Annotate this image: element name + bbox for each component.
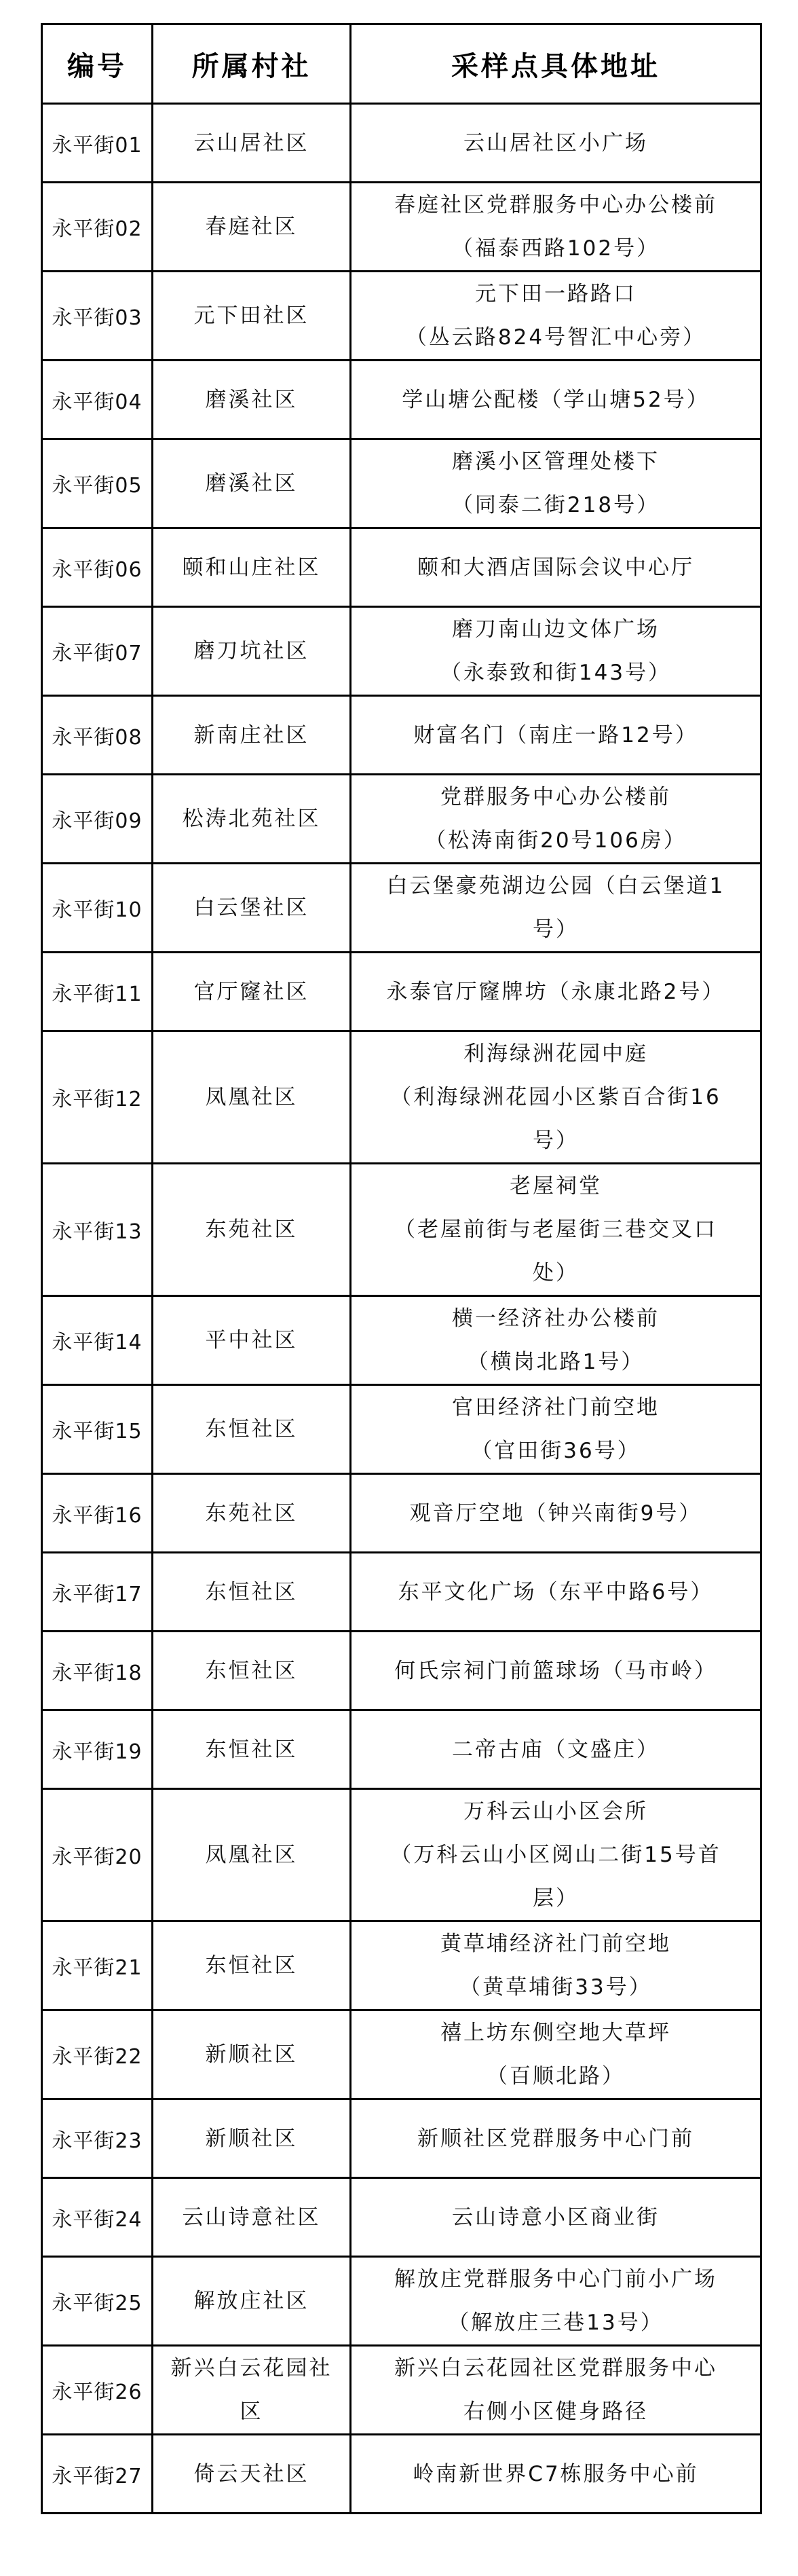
- table-body: 永平街01云山居社区云山居社区小广场永平街02春庭社区春庭社区党群服务中心办公楼…: [42, 104, 761, 2514]
- cell-community: 东恒社区: [153, 1553, 351, 1632]
- cell-code: 永平街08: [42, 696, 153, 775]
- cell-community: 新南庄社区: [153, 696, 351, 775]
- community-line: 东苑社区: [153, 1492, 349, 1535]
- cell-code: 永平街02: [42, 183, 153, 272]
- community-line: 官厅窿社区: [153, 970, 349, 1014]
- address-line: 东平文化广场（东平中路6号）: [351, 1570, 760, 1614]
- cell-code: 永平街20: [42, 1789, 153, 1921]
- cell-address: 永泰官厅窿牌坊（永康北路2号）: [351, 953, 761, 1031]
- address-line: （永泰致和街143号）: [351, 651, 760, 695]
- table-row: 永平街12凤凰社区利海绿洲花园中庭（利海绿洲花园小区紫百合街16号）: [42, 1031, 761, 1164]
- community-line: 云山居社区: [153, 122, 349, 165]
- table-row: 永平街11官厅窿社区永泰官厅窿牌坊（永康北路2号）: [42, 953, 761, 1031]
- address-line: （老屋前街与老屋街三巷交叉口: [351, 1208, 760, 1251]
- community-line: 东恒社区: [153, 1570, 349, 1614]
- community-line: 磨刀坑社区: [153, 629, 349, 673]
- cell-community: 新顺社区: [153, 2010, 351, 2099]
- address-line: 利海绿洲花园中庭: [351, 1032, 760, 1075]
- cell-community: 平中社区: [153, 1296, 351, 1385]
- address-line: （利海绿洲花园小区紫百合街16: [351, 1075, 760, 1119]
- table-row: 永平街08新南庄社区财富名门（南庄一路12号）: [42, 696, 761, 775]
- cell-community: 东苑社区: [153, 1164, 351, 1296]
- address-line: （万科云山小区阅山二街15号首: [351, 1833, 760, 1877]
- cell-community: 东苑社区: [153, 1474, 351, 1553]
- cell-community: 东恒社区: [153, 1921, 351, 2010]
- community-line: 倚云天社区: [153, 2452, 349, 2496]
- table-row: 永平街27倚云天社区岭南新世界C7栋服务中心前: [42, 2435, 761, 2514]
- community-line: 颐和山庄社区: [153, 546, 349, 589]
- cell-community: 磨溪社区: [153, 361, 351, 439]
- address-line: 号）: [351, 908, 760, 951]
- cell-code: 永平街21: [42, 1921, 153, 2010]
- community-line: 凤凰社区: [153, 1075, 349, 1119]
- cell-address: 禧上坊东侧空地大草坪（百顺北路）: [351, 2010, 761, 2099]
- cell-code: 永平街13: [42, 1164, 153, 1296]
- table-row: 永平街15东恒社区官田经济社门前空地（官田街36号）: [42, 1385, 761, 1474]
- cell-address: 横一经济社办公楼前（横岗北路1号）: [351, 1296, 761, 1385]
- cell-community: 东恒社区: [153, 1710, 351, 1789]
- cell-code: 永平街01: [42, 104, 153, 183]
- cell-community: 磨溪社区: [153, 439, 351, 528]
- community-line: 磨溪社区: [153, 462, 349, 505]
- address-line: 元下田一路路口: [351, 272, 760, 316]
- address-line: （同泰二街218号）: [351, 483, 760, 527]
- table-row: 永平街17东恒社区东平文化广场（东平中路6号）: [42, 1553, 761, 1632]
- cell-address: 观音厅空地（钟兴南街9号）: [351, 1474, 761, 1553]
- address-line: 横一经济社办公楼前: [351, 1297, 760, 1340]
- cell-community: 云山诗意社区: [153, 2178, 351, 2257]
- address-line: 党群服务中心办公楼前: [351, 775, 760, 819]
- cell-code: 永平街25: [42, 2257, 153, 2346]
- cell-community: 凤凰社区: [153, 1031, 351, 1164]
- cell-code: 永平街22: [42, 2010, 153, 2099]
- cell-address: 磨溪小区管理处楼下（同泰二街218号）: [351, 439, 761, 528]
- table-row: 永平街20凤凰社区万科云山小区会所（万科云山小区阅山二街15号首层）: [42, 1789, 761, 1921]
- cell-address: 何氏宗祠门前篮球场（马市岭）: [351, 1632, 761, 1710]
- cell-code: 永平街14: [42, 1296, 153, 1385]
- cell-code: 永平街06: [42, 528, 153, 607]
- cell-address: 官田经济社门前空地（官田街36号）: [351, 1385, 761, 1474]
- sampling-sites-table: 编号 所属村社 采样点具体地址 永平街01云山居社区云山居社区小广场永平街02春…: [41, 23, 762, 2514]
- address-line: 新兴白云花园社区党群服务中心: [351, 2347, 760, 2390]
- address-line: 学山塘公配楼（学山塘52号）: [351, 378, 760, 422]
- community-line: 东恒社区: [153, 1728, 349, 1771]
- cell-code: 永平街27: [42, 2435, 153, 2514]
- cell-community: 凤凰社区: [153, 1789, 351, 1921]
- address-line: 岭南新世界C7栋服务中心前: [351, 2452, 760, 2496]
- cell-address: 党群服务中心办公楼前（松涛南街20号106房）: [351, 775, 761, 864]
- cell-code: 永平街07: [42, 607, 153, 696]
- community-line: 平中社区: [153, 1319, 349, 1362]
- address-line: （横岗北路1号）: [351, 1340, 760, 1384]
- address-line: 财富名门（南庄一路12号）: [351, 714, 760, 757]
- community-line: 凤凰社区: [153, 1833, 349, 1877]
- community-line: 区: [153, 2390, 349, 2433]
- cell-code: 永平街19: [42, 1710, 153, 1789]
- community-line: 松涛北苑社区: [153, 797, 349, 841]
- community-line: 东恒社区: [153, 1649, 349, 1693]
- address-line: 白云堡豪苑湖边公园（白云堡道1: [351, 864, 760, 908]
- table-row: 永平街23新顺社区新顺社区党群服务中心门前: [42, 2099, 761, 2178]
- table-header-row: 编号 所属村社 采样点具体地址: [42, 24, 761, 104]
- cell-address: 东平文化广场（东平中路6号）: [351, 1553, 761, 1632]
- community-line: 春庭社区: [153, 205, 349, 249]
- community-line: 东恒社区: [153, 1944, 349, 1987]
- community-line: 解放庄社区: [153, 2279, 349, 2323]
- address-line: （官田街36号）: [351, 1429, 760, 1473]
- table-row: 永平街18东恒社区何氏宗祠门前篮球场（马市岭）: [42, 1632, 761, 1710]
- table-row: 永平街25解放庄社区解放庄党群服务中心门前小广场（解放庄三巷13号）: [42, 2257, 761, 2346]
- cell-address: 解放庄党群服务中心门前小广场（解放庄三巷13号）: [351, 2257, 761, 2346]
- cell-community: 云山居社区: [153, 104, 351, 183]
- cell-community: 新兴白云花园社区: [153, 2346, 351, 2435]
- cell-code: 永平街15: [42, 1385, 153, 1474]
- cell-community: 磨刀坑社区: [153, 607, 351, 696]
- table-row: 永平街07磨刀坑社区磨刀南山边文体广场（永泰致和街143号）: [42, 607, 761, 696]
- cell-address: 学山塘公配楼（学山塘52号）: [351, 361, 761, 439]
- address-line: （福泰西路102号）: [351, 227, 760, 270]
- header-address: 采样点具体地址: [351, 24, 761, 104]
- table-row: 永平街06颐和山庄社区颐和大酒店国际会议中心厅: [42, 528, 761, 607]
- address-line: 老屋祠堂: [351, 1164, 760, 1208]
- table-row: 永平街16东苑社区观音厅空地（钟兴南街9号）: [42, 1474, 761, 1553]
- cell-address: 元下田一路路口（丛云路824号智汇中心旁）: [351, 272, 761, 361]
- community-line: 元下田社区: [153, 294, 349, 337]
- cell-code: 永平街09: [42, 775, 153, 864]
- address-line: 观音厅空地（钟兴南街9号）: [351, 1492, 760, 1535]
- cell-code: 永平街10: [42, 864, 153, 953]
- table-row: 永平街13东苑社区老屋祠堂（老屋前街与老屋街三巷交叉口处）: [42, 1164, 761, 1296]
- address-line: 春庭社区党群服务中心办公楼前: [351, 183, 760, 227]
- cell-community: 松涛北苑社区: [153, 775, 351, 864]
- address-line: 号）: [351, 1119, 760, 1162]
- cell-code: 永平街18: [42, 1632, 153, 1710]
- cell-address: 春庭社区党群服务中心办公楼前（福泰西路102号）: [351, 183, 761, 272]
- address-line: （黄草埔街33号）: [351, 1966, 760, 2009]
- address-line: 处）: [351, 1251, 760, 1295]
- address-line: 磨溪小区管理处楼下: [351, 440, 760, 483]
- community-line: 新顺社区: [153, 2117, 349, 2160]
- address-line: 何氏宗祠门前篮球场（马市岭）: [351, 1649, 760, 1693]
- cell-code: 永平街23: [42, 2099, 153, 2178]
- cell-code: 永平街12: [42, 1031, 153, 1164]
- table-row: 永平街01云山居社区云山居社区小广场: [42, 104, 761, 183]
- address-line: 层）: [351, 1877, 760, 1920]
- cell-address: 颐和大酒店国际会议中心厅: [351, 528, 761, 607]
- cell-community: 解放庄社区: [153, 2257, 351, 2346]
- cell-address: 磨刀南山边文体广场（永泰致和街143号）: [351, 607, 761, 696]
- address-line: 永泰官厅窿牌坊（永康北路2号）: [351, 970, 760, 1014]
- address-line: 颐和大酒店国际会议中心厅: [351, 546, 760, 589]
- table-row: 永平街09松涛北苑社区党群服务中心办公楼前（松涛南街20号106房）: [42, 775, 761, 864]
- cell-address: 利海绿洲花园中庭（利海绿洲花园小区紫百合街16号）: [351, 1031, 761, 1164]
- community-line: 云山诗意社区: [153, 2196, 349, 2239]
- cell-address: 二帝古庙（文盛庄）: [351, 1710, 761, 1789]
- table-row: 永平街21东恒社区黄草埔经济社门前空地（黄草埔街33号）: [42, 1921, 761, 2010]
- address-line: 解放庄党群服务中心门前小广场: [351, 2258, 760, 2301]
- cell-community: 春庭社区: [153, 183, 351, 272]
- community-line: 磨溪社区: [153, 378, 349, 422]
- sampling-sites-table-container: 编号 所属村社 采样点具体地址 永平街01云山居社区云山居社区小广场永平街02春…: [41, 23, 760, 2514]
- cell-address: 老屋祠堂（老屋前街与老屋街三巷交叉口处）: [351, 1164, 761, 1296]
- cell-community: 东恒社区: [153, 1385, 351, 1474]
- table-row: 永平街02春庭社区春庭社区党群服务中心办公楼前（福泰西路102号）: [42, 183, 761, 272]
- cell-address: 白云堡豪苑湖边公园（白云堡道1号）: [351, 864, 761, 953]
- address-line: 万科云山小区会所: [351, 1790, 760, 1833]
- address-line: （松涛南街20号106房）: [351, 819, 760, 862]
- address-line: 云山居社区小广场: [351, 122, 760, 165]
- cell-community: 东恒社区: [153, 1632, 351, 1710]
- cell-code: 永平街05: [42, 439, 153, 528]
- community-line: 新兴白云花园社: [153, 2347, 349, 2390]
- cell-address: 黄草埔经济社门前空地（黄草埔街33号）: [351, 1921, 761, 2010]
- address-line: 官田经济社门前空地: [351, 1386, 760, 1429]
- community-line: 新南庄社区: [153, 714, 349, 757]
- cell-address: 万科云山小区会所（万科云山小区阅山二街15号首层）: [351, 1789, 761, 1921]
- cell-code: 永平街24: [42, 2178, 153, 2257]
- address-line: （解放庄三巷13号）: [351, 2301, 760, 2344]
- table-row: 永平街24云山诗意社区云山诗意小区商业街: [42, 2178, 761, 2257]
- cell-community: 倚云天社区: [153, 2435, 351, 2514]
- cell-code: 永平街03: [42, 272, 153, 361]
- cell-address: 岭南新世界C7栋服务中心前: [351, 2435, 761, 2514]
- address-line: 右侧小区健身路径: [351, 2390, 760, 2433]
- table-row: 永平街14平中社区横一经济社办公楼前（横岗北路1号）: [42, 1296, 761, 1385]
- address-line: 新顺社区党群服务中心门前: [351, 2117, 760, 2160]
- cell-community: 新顺社区: [153, 2099, 351, 2178]
- cell-code: 永平街16: [42, 1474, 153, 1553]
- cell-community: 元下田社区: [153, 272, 351, 361]
- header-code: 编号: [42, 24, 153, 104]
- address-line: 禧上坊东侧空地大草坪: [351, 2011, 760, 2055]
- table-row: 永平街22新顺社区禧上坊东侧空地大草坪（百顺北路）: [42, 2010, 761, 2099]
- cell-address: 财富名门（南庄一路12号）: [351, 696, 761, 775]
- address-line: 黄草埔经济社门前空地: [351, 1922, 760, 1966]
- header-community: 所属村社: [153, 24, 351, 104]
- community-line: 白云堡社区: [153, 886, 349, 930]
- cell-community: 官厅窿社区: [153, 953, 351, 1031]
- table-row: 永平街03元下田社区元下田一路路口（丛云路824号智汇中心旁）: [42, 272, 761, 361]
- address-line: 云山诗意小区商业街: [351, 2196, 760, 2239]
- community-line: 东苑社区: [153, 1208, 349, 1251]
- cell-address: 云山诗意小区商业街: [351, 2178, 761, 2257]
- cell-address: 新兴白云花园社区党群服务中心右侧小区健身路径: [351, 2346, 761, 2435]
- community-line: 新顺社区: [153, 2033, 349, 2076]
- cell-community: 白云堡社区: [153, 864, 351, 953]
- cell-community: 颐和山庄社区: [153, 528, 351, 607]
- cell-address: 云山居社区小广场: [351, 104, 761, 183]
- address-line: （丛云路824号智汇中心旁）: [351, 316, 760, 359]
- address-line: 二帝古庙（文盛庄）: [351, 1728, 760, 1771]
- address-line: 磨刀南山边文体广场: [351, 608, 760, 651]
- cell-code: 永平街11: [42, 953, 153, 1031]
- table-row: 永平街05磨溪社区磨溪小区管理处楼下（同泰二街218号）: [42, 439, 761, 528]
- cell-address: 新顺社区党群服务中心门前: [351, 2099, 761, 2178]
- table-row: 永平街26新兴白云花园社区新兴白云花园社区党群服务中心右侧小区健身路径: [42, 2346, 761, 2435]
- cell-code: 永平街17: [42, 1553, 153, 1632]
- address-line: （百顺北路）: [351, 2055, 760, 2098]
- table-row: 永平街04磨溪社区学山塘公配楼（学山塘52号）: [42, 361, 761, 439]
- community-line: 东恒社区: [153, 1407, 349, 1451]
- table-row: 永平街10白云堡社区白云堡豪苑湖边公园（白云堡道1号）: [42, 864, 761, 953]
- cell-code: 永平街04: [42, 361, 153, 439]
- table-row: 永平街19东恒社区二帝古庙（文盛庄）: [42, 1710, 761, 1789]
- cell-code: 永平街26: [42, 2346, 153, 2435]
